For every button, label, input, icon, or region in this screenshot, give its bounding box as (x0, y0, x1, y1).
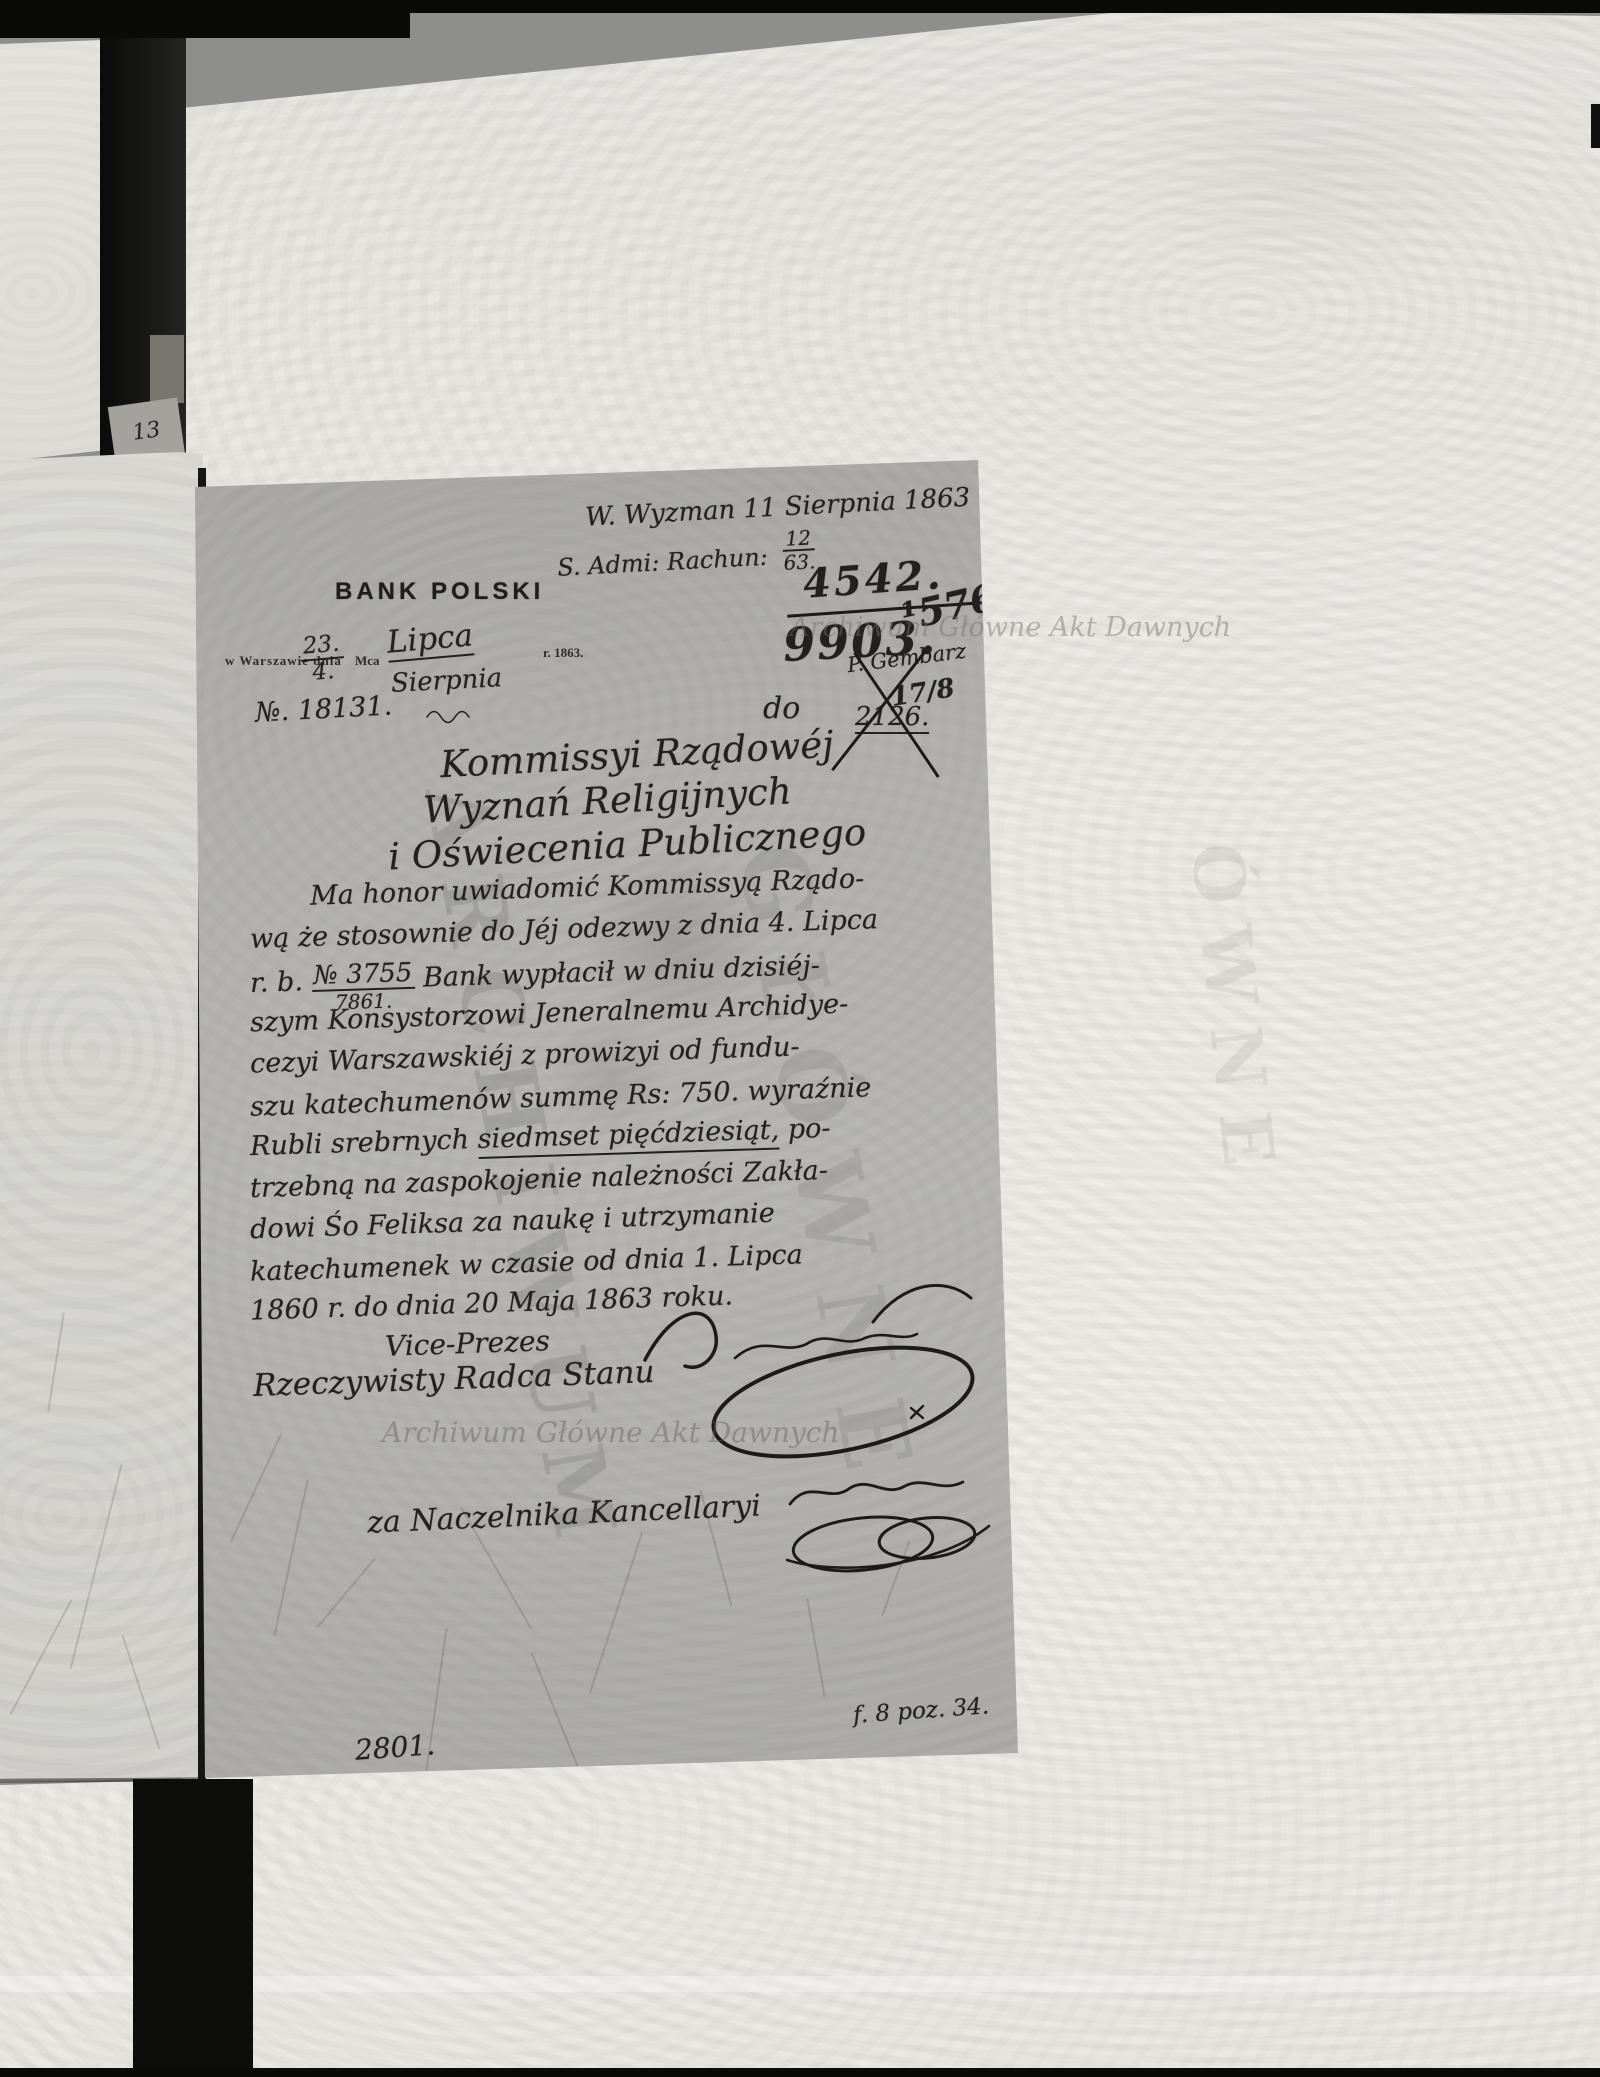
kancellaria-signature (775, 1456, 1000, 1591)
left-sheet-top (0, 40, 106, 462)
scratch-line (531, 1652, 582, 1773)
scratch-line (425, 1629, 448, 1778)
month-sierpnia: Sierpnia (390, 665, 502, 697)
body-line-9: dowi Śo Feliksa za naukę i utrzymanie (250, 1200, 775, 1243)
archive-watermark-top: Archiwum Główne Akt Dawnych (790, 612, 1231, 643)
reference-fraction-top: № 3755 (311, 960, 415, 992)
archive-watermark-middle: Archiwum Główne Akt Dawnych (382, 1416, 840, 1449)
photo: ÓWNE 13 ARCHIWUM GŁÓWNE W. Wyzman 11 Sie… (0, 0, 1600, 2077)
account-annotation: S. Admi: Rachun: 12 63. (556, 527, 816, 584)
year-printed: r. 1863. (543, 646, 583, 659)
top-edge-strip (0, 0, 1600, 13)
day-fraction-top: 23. (299, 632, 344, 662)
body-line-7: Rubli srebrnych siedmset pięćdziesiąt, p… (250, 1115, 831, 1160)
bottom-edge-strip (0, 2068, 1600, 2077)
day-fraction: 23. 4. (299, 632, 346, 686)
body-line-3-prefix: r. b. (249, 966, 303, 999)
registry-annotation: W. Wyzman 11 Sierpnia 1863 r. (585, 483, 997, 530)
scratch-line (273, 1480, 308, 1637)
body-line-7-prefix: Rubli srebrnych (250, 1124, 470, 1162)
document-number: №. 18131. (254, 692, 392, 726)
scratch-line (122, 1635, 161, 1750)
left-sheet (0, 452, 203, 1782)
letter-page: ARCHIWUM GŁÓWNE W. Wyzman 11 Sierpnia 18… (195, 448, 1025, 1783)
scratch-line (316, 1558, 375, 1628)
body-line-7-suffix: po- (787, 1113, 831, 1145)
account-label: S. Admi: Rachun: (557, 543, 769, 582)
day-fraction-bottom: 4. (301, 658, 346, 686)
bottom-black-bar (133, 1779, 253, 2077)
scratch-line (806, 1599, 825, 1698)
archive-ref: f. 8 poz. 34. (852, 1695, 989, 1727)
to-label: do (763, 694, 800, 724)
scratch-line (230, 1433, 283, 1543)
month-lipca: Lipca (386, 620, 475, 662)
scratch-line (10, 1599, 73, 1715)
account-fraction-top: 12 (782, 527, 815, 552)
bank-polski-header: BANK POLSKI (335, 580, 544, 604)
mca-label: Mca (355, 654, 380, 667)
flourish-mark (425, 704, 479, 724)
vice-prezes-title: Vice-Prezes (385, 1327, 551, 1361)
right-edge-sliver (1591, 104, 1600, 148)
gutter-scrap (150, 335, 184, 403)
page-number-2801: 2801. (354, 1731, 436, 1765)
scratch-line (70, 1465, 123, 1669)
scratch-line (47, 1312, 65, 1411)
body-line-5: cezyi Warszawskiéj z prowizyi od fundu- (250, 1033, 800, 1077)
